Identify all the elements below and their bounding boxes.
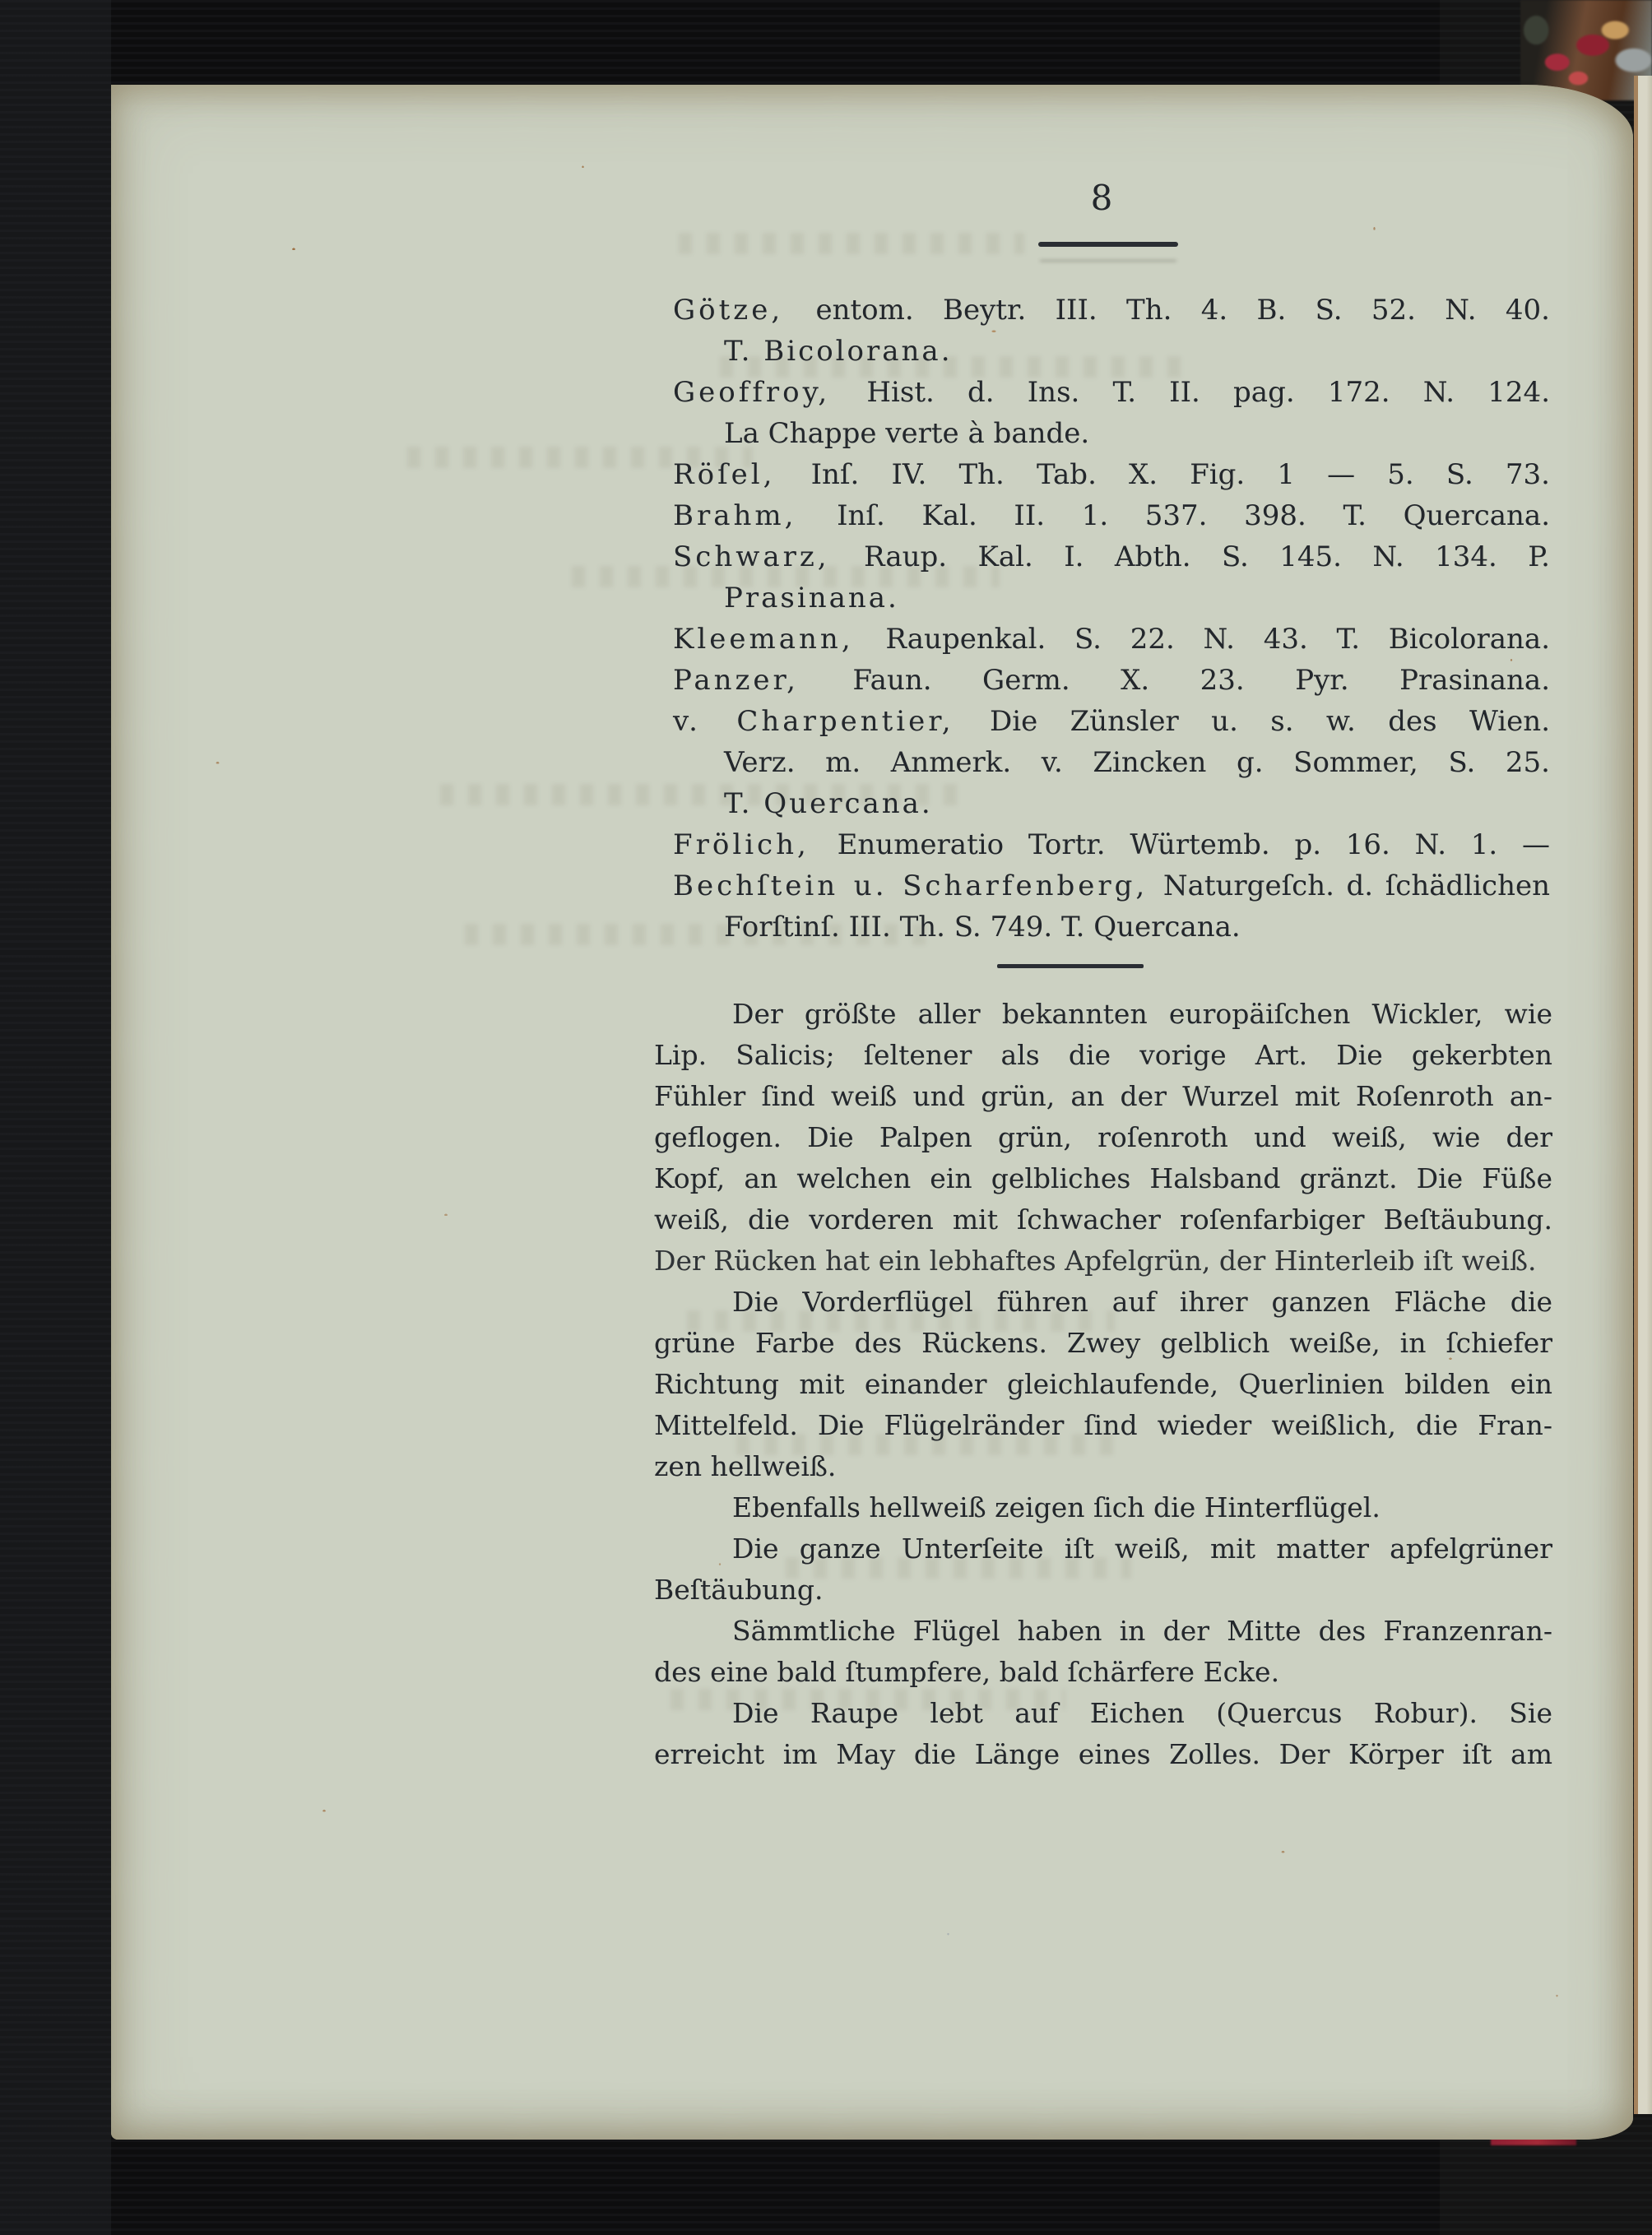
- author-name: Geoffroy,: [673, 376, 866, 409]
- body-text-line: des eine bald ſtumpfere, bald ſchärfere …: [654, 1652, 1552, 1693]
- body-text-line: erreicht im May die Länge eines Zolles. …: [654, 1734, 1552, 1775]
- bibliography-line: T. Bicolorana.: [724, 331, 1550, 372]
- citation-text: Prasinana.: [724, 582, 899, 614]
- body-text-line: zen hellweiß.: [654, 1446, 1552, 1487]
- citation-text: Hist. d. Ins. T. II. pag. 172. N. 124.: [866, 376, 1550, 409]
- bibliography-line: Forſtinſ. III. Th. S. 749. T. Quercana.: [724, 907, 1550, 948]
- bibliography-line: Götze, entom. Beytr. III. Th. 4. B. S. 5…: [673, 290, 1550, 331]
- author-name: Götze,: [673, 294, 815, 327]
- body-text-line: Der größte aller bekannten europäiſchen …: [732, 994, 1552, 1035]
- citation-text: La Chappe verte à bande.: [724, 417, 1089, 450]
- bibliography-line: T. Quercana.: [724, 783, 1550, 824]
- body-text-line: Sämmtliche Flügel haben in der Mitte des…: [732, 1611, 1552, 1652]
- bibliography-line: Prasinana.: [724, 577, 1550, 619]
- page-number: 8: [1091, 178, 1115, 218]
- body-text-line: Fühler ſind weiß und grün, an der Wurzel…: [654, 1076, 1552, 1117]
- body-text-line: Beſtäubung.: [654, 1570, 1552, 1611]
- author-name: Bechſtein u. Scharfenberg,: [673, 869, 1163, 902]
- citation-text: Verz. m. Anmerk. v. Zincken g. Sommer, S…: [724, 746, 1550, 779]
- bibliography-line: v. Charpentier, Die Zünsler u. s. w. des…: [673, 701, 1550, 742]
- author-name: Röſel,: [673, 458, 811, 491]
- author-name: Brahm,: [673, 499, 837, 532]
- body-text-line: Der Rücken hat ein lebhaftes Apfelgrün, …: [654, 1240, 1552, 1282]
- citation-text: Raupenkal. S. 22. N. 43. T. Bicolorana.: [885, 623, 1550, 656]
- author-name: Panzer,: [673, 664, 852, 697]
- book-fore-edge: [1634, 76, 1652, 2114]
- author-name: v. Charpentier,: [673, 705, 990, 738]
- citation-text: Raup. Kal. I. Abth. S. 145. N. 134. P.: [864, 540, 1550, 573]
- section-divider-rule: [997, 964, 1144, 968]
- body-text-line: Kopf, an welchen ein gelbliches Halsband…: [654, 1158, 1552, 1199]
- citation-text: T. Bicolorana.: [724, 335, 953, 368]
- bibliography-line: Geoffroy, Hist. d. Ins. T. II. pag. 172.…: [673, 372, 1550, 413]
- citation-text: entom. Beytr. III. Th. 4. B. S. 52. N. 4…: [815, 294, 1550, 327]
- citation-text: Die Zünsler u. s. w. des Wien.: [990, 705, 1550, 738]
- bibliography-line: Röſel, Inſ. IV. Th. Tab. X. Fig. 1 — 5. …: [673, 454, 1550, 495]
- body-text-line: Mittelfeld. Die Flügelränder ſind wieder…: [654, 1405, 1552, 1446]
- bibliography-line: Verz. m. Anmerk. v. Zincken g. Sommer, S…: [724, 742, 1550, 783]
- body-text-block: Der größte aller bekannten europäiſchen …: [654, 994, 1552, 1775]
- body-text-line: geflogen. Die Palpen grün, roſenroth und…: [654, 1117, 1552, 1158]
- page-header: 8: [979, 178, 1226, 218]
- bibliography-line: La Chappe verte à bande.: [724, 413, 1550, 454]
- author-name: Kleemann,: [673, 623, 885, 656]
- page-number-rule: [1038, 242, 1178, 247]
- bibliography-line: Schwarz, Raup. Kal. I. Abth. S. 145. N. …: [673, 536, 1550, 577]
- citation-text: T. Quercana.: [724, 787, 933, 820]
- citation-text: Inſ. IV. Th. Tab. X. Fig. 1 — 5. S. 73.: [811, 458, 1550, 491]
- citation-text: Faun. Germ. X. 23. Pyr. Prasinana.: [852, 664, 1550, 697]
- bibliography-block: Götze, entom. Beytr. III. Th. 4. B. S. 5…: [673, 290, 1550, 948]
- citation-text: Inſ. Kal. II. 1. 537. 398. T. Quercana.: [837, 499, 1550, 532]
- body-text-line: Die Raupe lebt auf Eichen (Quercus Robur…: [732, 1693, 1552, 1734]
- ink-bleedthrough: [679, 233, 1024, 254]
- scanner-background: 8 Götze, entom. Beytr. III. Th. 4. B. S.…: [0, 0, 1652, 2235]
- author-name: Schwarz,: [673, 540, 864, 573]
- citation-text: Enumeratio Tortr. Würtemb. p. 16. N. 1. …: [838, 828, 1550, 861]
- bibliography-line: Brahm, Inſ. Kal. II. 1. 537. 398. T. Que…: [673, 495, 1550, 536]
- body-text-line: Die Vorderflügel führen auf ihrer ganzen…: [732, 1282, 1552, 1323]
- body-text-line: weiß, die vorderen mit ſchwacher roſenfa…: [654, 1199, 1552, 1240]
- bibliography-line: Bechſtein u. Scharfenberg, Naturgeſch. d…: [673, 865, 1550, 907]
- author-name: Frölich,: [673, 828, 838, 861]
- body-text-line: Richtung mit einander gleichlaufende, Qu…: [654, 1364, 1552, 1405]
- citation-text: Naturgeſch. d. ſchädlichen: [1163, 869, 1550, 902]
- book-page: 8 Götze, entom. Beytr. III. Th. 4. B. S.…: [111, 85, 1633, 2140]
- body-text-line: Lip. Salicis; ſeltener als die vorige Ar…: [654, 1035, 1552, 1076]
- bibliography-line: Kleemann, Raupenkal. S. 22. N. 43. T. Bi…: [673, 619, 1550, 660]
- bibliography-line: Panzer, Faun. Germ. X. 23. Pyr. Prasinan…: [673, 660, 1550, 701]
- body-text-line: grüne Farbe des Rückens. Zwey gelblich w…: [654, 1323, 1552, 1364]
- citation-text: Forſtinſ. III. Th. S. 749. T. Quercana.: [724, 911, 1241, 944]
- body-text-line: Die ganze Unterſeite iſt weiß, mit matte…: [732, 1528, 1552, 1570]
- bibliography-line: Frölich, Enumeratio Tortr. Würtemb. p. 1…: [673, 824, 1550, 865]
- body-text-line: Ebenfalls hellweiß zeigen ſich die Hinte…: [732, 1487, 1552, 1528]
